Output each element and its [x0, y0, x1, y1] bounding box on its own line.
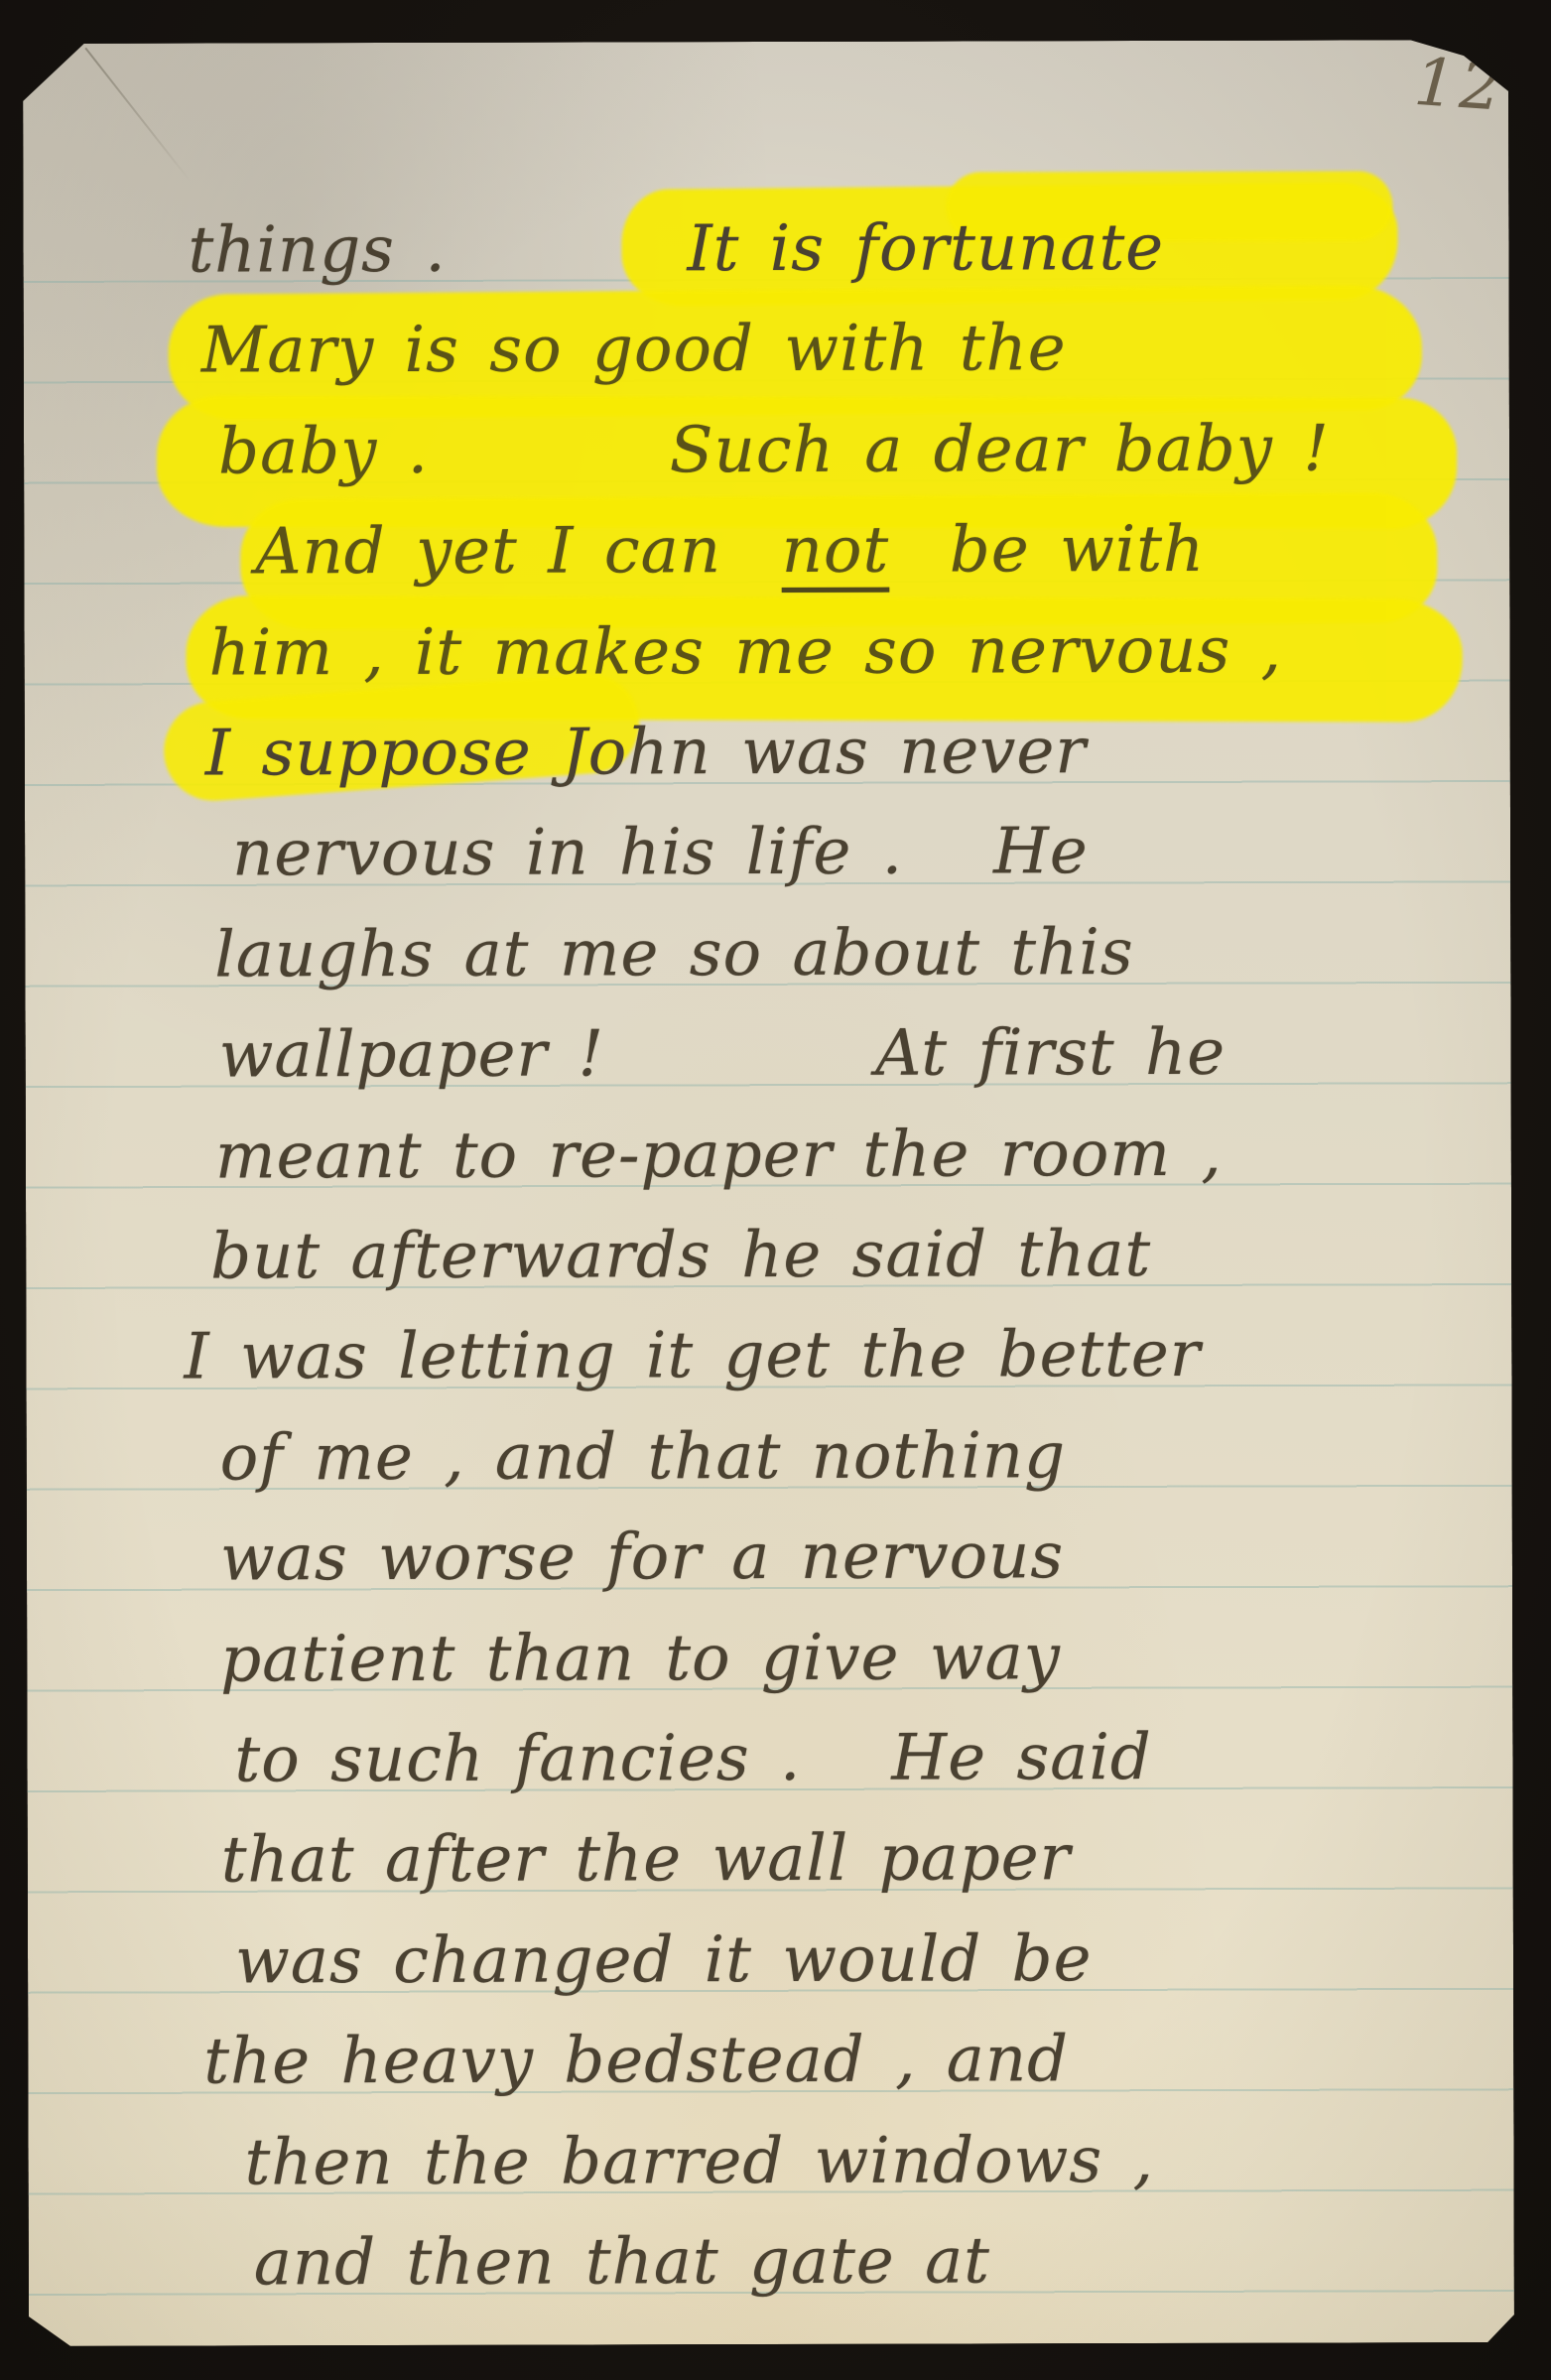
line-text: but afterwards he said that [210, 1218, 1151, 1293]
corner-crease [84, 48, 191, 182]
underlined-word: not [782, 514, 890, 588]
manuscript-line: I was letting it get the better [184, 1305, 1201, 1408]
manuscript-line: laughs at me so about this [214, 903, 1134, 1005]
line-text: the heavy bedstead , and [203, 2023, 1069, 2098]
line-text: then the barred windows , [244, 2124, 1154, 2199]
line-text: of me , and that nothing [220, 1419, 1067, 1495]
manuscript-line: then the barred windows , [244, 2111, 1154, 2213]
manuscript-line: meant to re-paper the room , [215, 1105, 1223, 1208]
line-text: that after the wall paper [221, 1821, 1072, 1897]
manuscript-line: patient than to give way [220, 1608, 1061, 1710]
manuscript-page: 12 things . It is fortunate Mary is so g… [23, 40, 1514, 2346]
manuscript-line: but afterwards he said that [210, 1205, 1151, 1307]
line-text: I was letting it get the better [184, 1318, 1201, 1394]
line-text: be with [889, 513, 1205, 588]
line-text: And yet I can [255, 514, 782, 589]
page-number: 12 [1412, 44, 1546, 129]
line-text: laughs at me so about this [214, 916, 1133, 992]
manuscript-line: the heavy bedstead , and [203, 2010, 1069, 2112]
line-text: and then that gate at [254, 2224, 990, 2300]
manuscript-line: baby . Such a dear baby ! [218, 400, 1330, 503]
manuscript-line: nervous in his life . He [232, 802, 1089, 904]
line-text: was changed it would be [235, 1922, 1093, 1998]
line-text: nervous in his life . He [232, 815, 1089, 890]
line-text: was worse for a nervous [220, 1520, 1064, 1595]
line-text: baby . Such a dear baby ! [218, 413, 1330, 489]
manuscript-line: and then that gate at [254, 2211, 990, 2314]
line-text: patient than to give way [220, 1621, 1061, 1696]
line-text: to such fancies . He said [234, 1721, 1152, 1796]
manuscript-line: things . It is fortunate [188, 198, 1164, 302]
manuscript-line: was changed it would be [235, 1910, 1093, 2012]
line-text: him , it makes me so nervous , [208, 614, 1282, 691]
manuscript-line: wallpaper ! At first he [219, 1003, 1227, 1107]
manuscript-line: was worse for a nervous [220, 1507, 1064, 1609]
line-text: I suppose John was never [205, 715, 1087, 790]
manuscript-line: him , it makes me so nervous , [208, 601, 1282, 705]
manuscript-line: of me , and that nothing [220, 1406, 1067, 1509]
manuscript-line: that after the wall paper [221, 1808, 1072, 1911]
manuscript-line: I suppose John was never [205, 702, 1087, 804]
line-text: Mary is so good with the [201, 312, 1067, 387]
manuscript-line: And yet I can not be with [255, 500, 1205, 603]
line-text: meant to re-paper the room , [215, 1118, 1223, 1194]
line-text: things . It is fortunate [188, 211, 1164, 288]
manuscript-line: Mary is so good with the [201, 299, 1067, 401]
manuscript-line: to such fancies . He said [234, 1708, 1152, 1810]
line-text: wallpaper ! At first he [219, 1016, 1227, 1093]
scan-background: { "page": { "number": "12" }, "colors": … [0, 0, 1551, 2380]
